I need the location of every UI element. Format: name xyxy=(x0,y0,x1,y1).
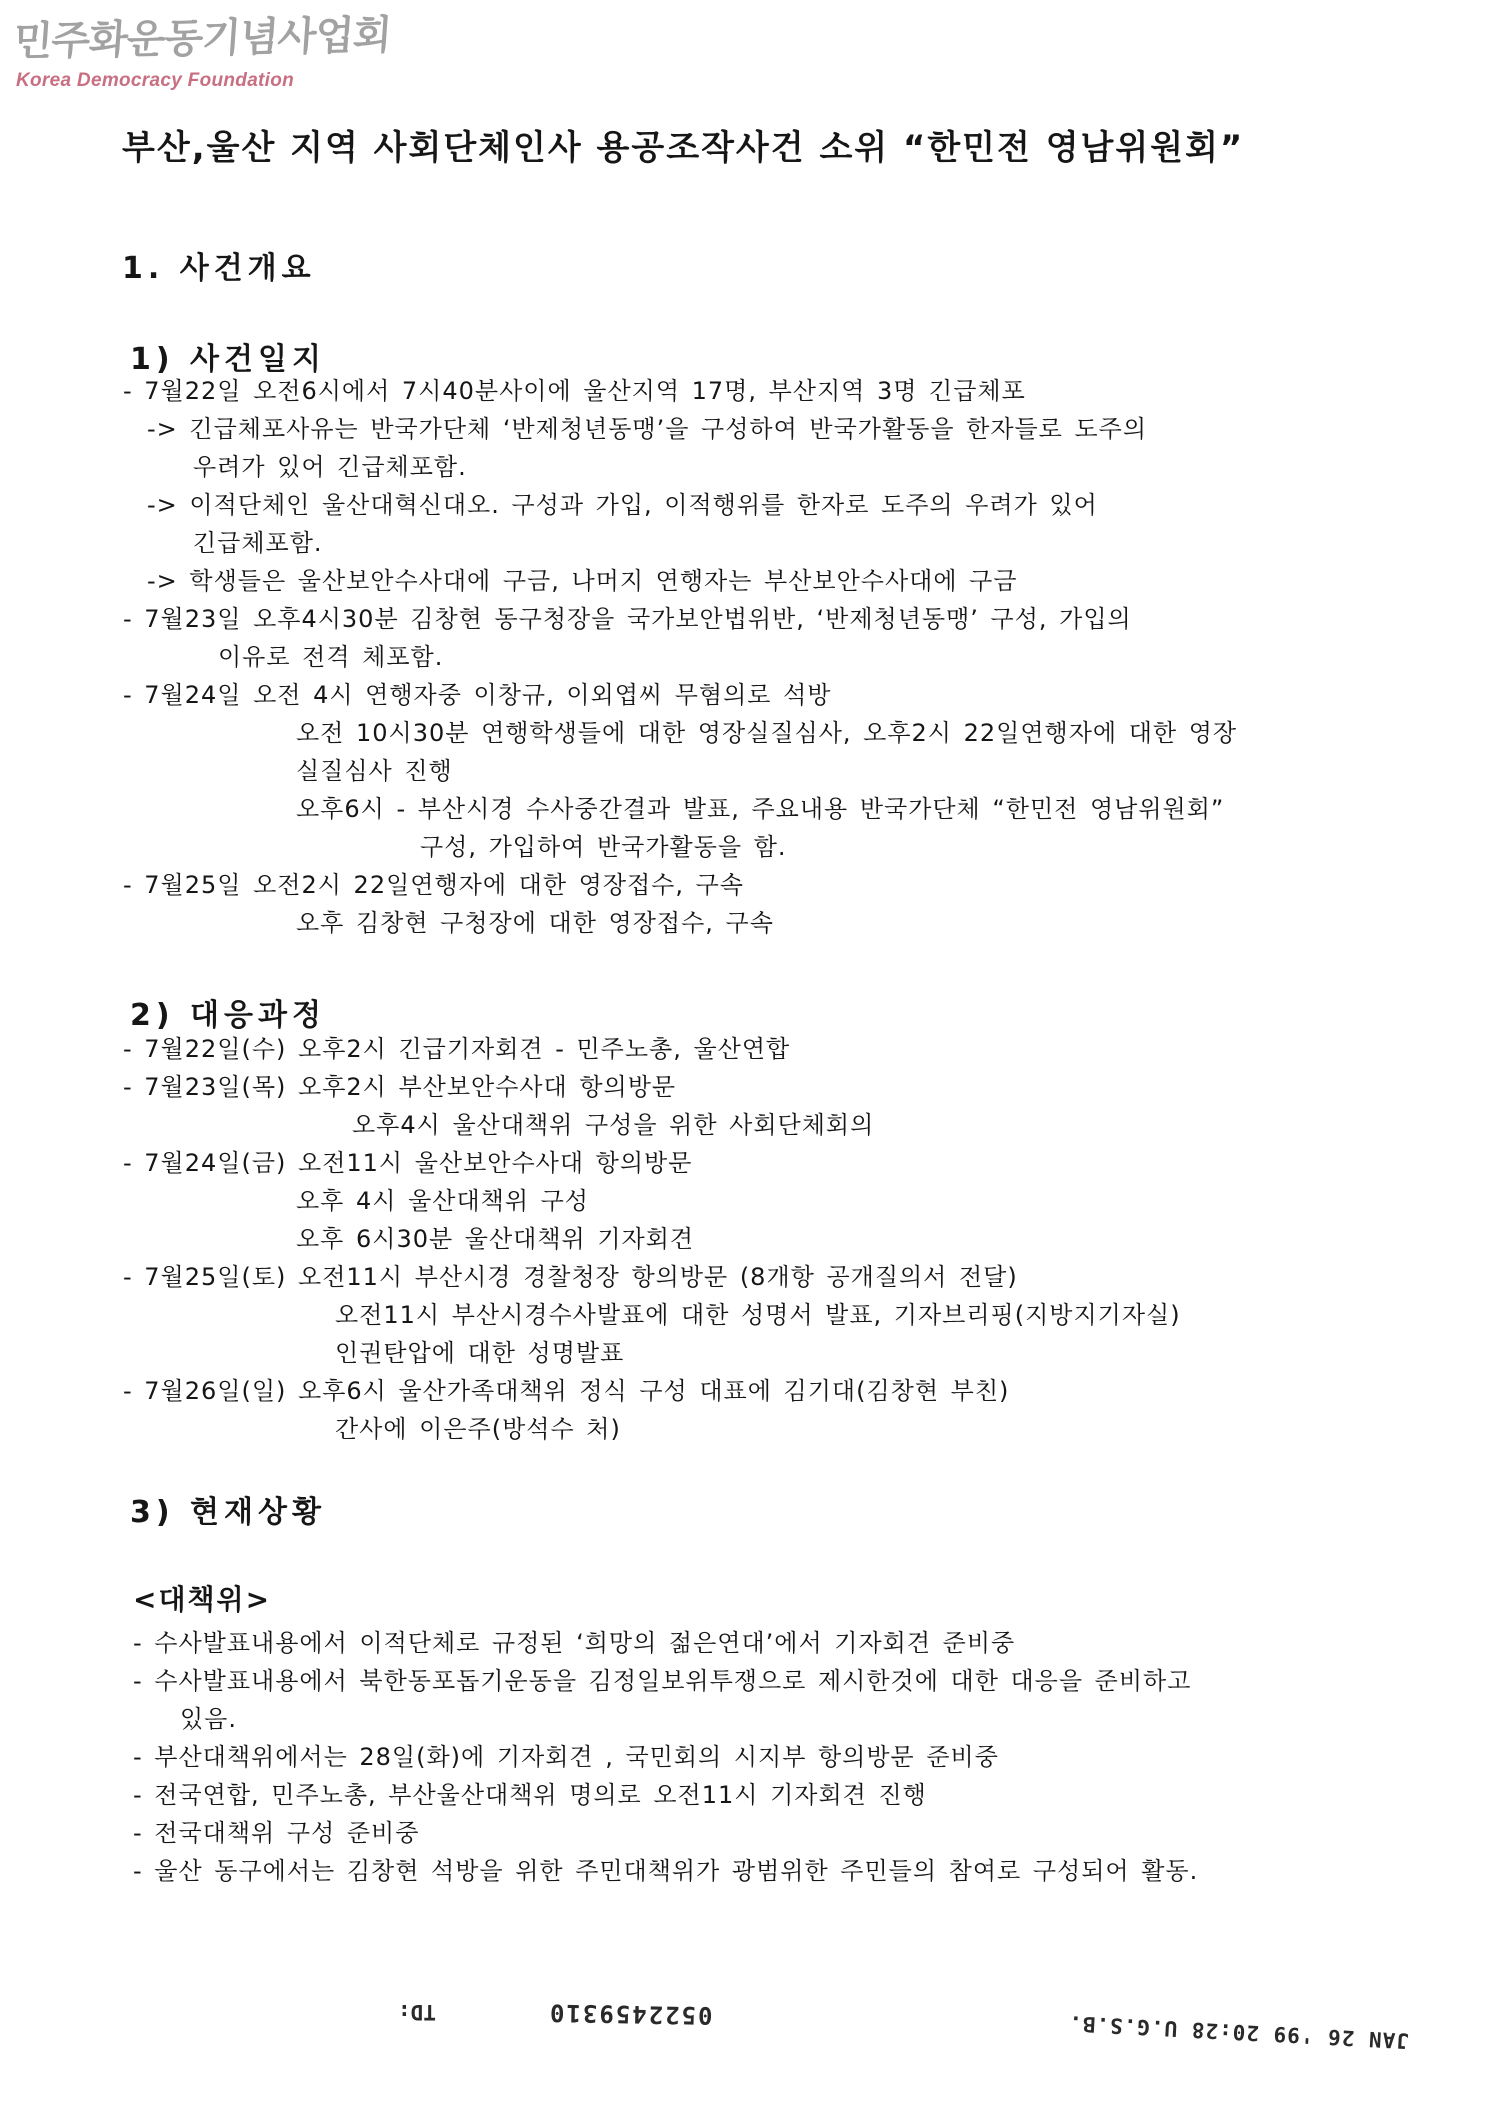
foundation-logo-english: Korea Democracy Foundation xyxy=(16,70,392,92)
document-line: 오후4시 울산대책위 구성을 위한 사회단체회의 xyxy=(352,1106,1181,1144)
document-line: 오후 6시30분 울산대책위 기자회견 xyxy=(296,1220,1181,1258)
document-line: - 7월24일(금) 오전11시 울산보안수사대 항의방문 xyxy=(123,1144,1181,1182)
document-line: - 부산대책위에서는 28일(화)에 기자회견 , 국민회의 시지부 항의방문 … xyxy=(133,1738,1198,1776)
scanned-document-page: 민주화운동기념사업회 Korea Democracy Foundation 부산… xyxy=(0,0,1489,2101)
document-line: - 7월23일(목) 오후2시 부산보안수사대 항의방문 xyxy=(123,1068,1181,1106)
document-line: 오후 김창현 구청장에 대한 영장접수, 구속 xyxy=(296,904,1237,942)
document-line: - 7월22일(수) 오후2시 긴급기자회견 - 민주노총, 울산연합 xyxy=(123,1030,1181,1068)
document-line: - 7월25일 오전2시 22일연행자에 대한 영장접수, 구속 xyxy=(123,866,1237,904)
section-3-heading: 3) 현재상황 xyxy=(130,1487,326,1531)
fax-number: 0522459310 xyxy=(548,1999,713,2030)
foundation-logo-korean: 민주화운동기념사업회 xyxy=(12,3,393,67)
document-line: 오후 4시 울산대책위 구성 xyxy=(296,1182,1181,1220)
fax-timestamp: JAN 26 '99 20:28 U.G.S.B. xyxy=(1068,2011,1410,2053)
document-line: 간사에 이은주(방석수 처) xyxy=(335,1410,1181,1448)
document-line: - 7월25일(토) 오전11시 부산시경 경찰청장 항의방문 (8개항 공개질… xyxy=(123,1258,1181,1296)
overview-heading: 1. 사건개요 xyxy=(122,243,316,287)
document-line: 오후6시 - 부산시경 수사중간결과 발표, 주요내용 반국가단체 “한민전 영… xyxy=(296,790,1237,828)
document-line: - 7월26일(일) 오후6시 울산가족대책위 정식 구성 대표에 김기대(김창… xyxy=(123,1372,1181,1410)
document-title: 부산,울산 지역 사회단체인사 용공조작사건 소위 “한민전 영남위원회” xyxy=(122,120,1244,169)
document-line: 있음. xyxy=(180,1700,1198,1738)
letterhead: 민주화운동기념사업회 Korea Democracy Foundation xyxy=(16,10,392,92)
countermeasure-committee-subheading: <대책위> xyxy=(133,1578,271,1618)
document-line: -> 긴급체포사유는 반국가단체 ‘반제청년동맹’을 구성하여 반국가활동을 한… xyxy=(147,410,1237,448)
document-line: - 7월22일 오전6시에서 7시40분사이에 울산지역 17명, 부산지역 3… xyxy=(123,372,1237,410)
document-line: - 수사발표내용에서 이적단체로 규정된 ‘희망의 젊은연대’에서 기자회견 준… xyxy=(133,1624,1198,1662)
document-line: 우려가 있어 긴급체포함. xyxy=(193,448,1237,486)
document-line: - 수사발표내용에서 북한동포돕기운동을 김정일보위투쟁으로 제시한것에 대한 … xyxy=(133,1662,1198,1700)
document-line: 오전11시 부산시경수사발표에 대한 성명서 발표, 기자브리핑(지방지기자실) xyxy=(335,1296,1181,1334)
section-3-body: - 수사발표내용에서 이적단체로 규정된 ‘희망의 젊은연대’에서 기자회견 준… xyxy=(133,1624,1198,1890)
document-line: - 7월23일 오후4시30분 김창현 동구청장을 국가보안법위반, ‘반제청년… xyxy=(123,600,1237,638)
document-line: - 전국연합, 민주노총, 부산울산대책위 명의로 오전11시 기자회견 진행 xyxy=(133,1776,1198,1814)
document-line: 인권탄압에 대한 성명발표 xyxy=(335,1334,1181,1372)
document-line: - 전국대책위 구성 준비중 xyxy=(133,1814,1198,1852)
document-line: 오전 10시30분 연행학생들에 대한 영장실질심사, 오후2시 22일연행자에… xyxy=(296,714,1237,752)
document-line: 긴급체포함. xyxy=(193,524,1237,562)
section-1-body: - 7월22일 오전6시에서 7시40분사이에 울산지역 17명, 부산지역 3… xyxy=(123,372,1237,942)
document-line: 실질심사 진행 xyxy=(296,752,1237,790)
document-line: - 7월24일 오전 4시 연행자중 이창규, 이외엽씨 무혐의로 석방 xyxy=(123,676,1237,714)
section-2-heading: 2) 대응과정 xyxy=(130,990,326,1034)
document-line: -> 학생들은 울산보안수사대에 구금, 나머지 연행자는 부산보안수사대에 구… xyxy=(147,562,1237,600)
document-line: 구성, 가입하여 반국가활동을 함. xyxy=(420,828,1237,866)
document-line: 이유로 전격 체포함. xyxy=(218,638,1237,676)
document-line: - 울산 동구에서는 김창현 석방을 위한 주민대책위가 광범위한 주민들의 참… xyxy=(133,1852,1198,1890)
fax-to-label: TD: xyxy=(398,2000,436,2024)
document-line: -> 이적단체인 울산대혁신대오. 구성과 가입, 이적행위를 한자로 도주의 … xyxy=(147,486,1237,524)
section-2-body: - 7월22일(수) 오후2시 긴급기자회견 - 민주노총, 울산연합- 7월2… xyxy=(123,1030,1181,1448)
